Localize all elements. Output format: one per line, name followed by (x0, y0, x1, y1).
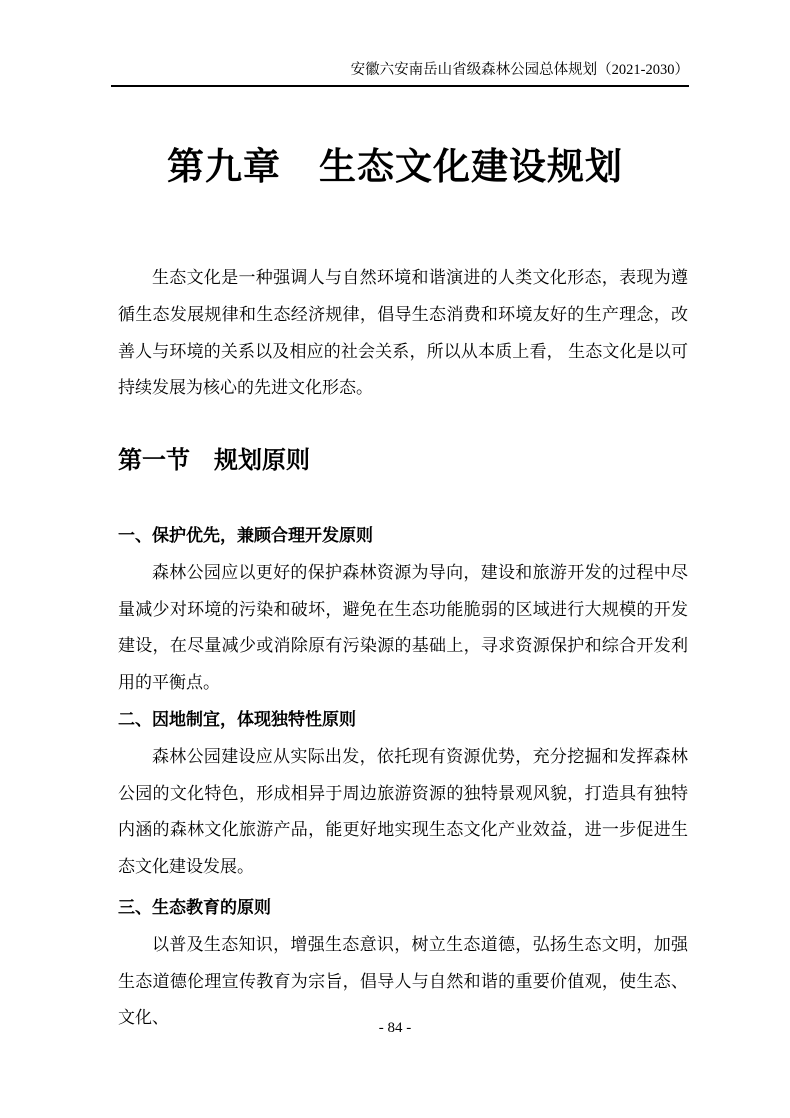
page-footer: - 84 - (0, 1018, 790, 1038)
section-content: 一、保护优先，兼顾合理开发原则 森林公园应以更好的保护森林资源为导向，建设和旅游… (118, 518, 688, 1037)
subsection-body-1: 森林公园应以更好的保护森林资源为导向，建设和旅游开发的过程中尽量减少对环境的污染… (118, 555, 688, 702)
subsection-heading-1: 一、保护优先，兼顾合理开发原则 (118, 518, 688, 555)
subsection-heading-3: 三、生态教育的原则 (118, 890, 688, 927)
chapter-intro-paragraph: 生态文化是一种强调人与自然环境和谐演进的人类文化形态，表现为遵循生态发展规律和生… (118, 260, 688, 407)
subsection-body-2: 森林公园建设应从实际出发，依托现有资源优势，充分挖掘和发挥森林公园的文化特色，形… (118, 739, 688, 886)
page-header: 安徽六安南岳山省级森林公园总体规划（2021-2030） (111, 60, 689, 87)
chapter-title: 第九章 生态文化建设规划 (0, 142, 790, 192)
document-page: 安徽六安南岳山省级森林公园总体规划（2021-2030） 第九章 生态文化建设规… (0, 0, 790, 1118)
subsection-heading-2: 二、因地制宜，体现独特性原则 (118, 702, 688, 739)
page-number: - 84 - (379, 1020, 412, 1036)
header-title: 安徽六安南岳山省级森林公园总体规划（2021-2030） (351, 62, 689, 78)
section-title: 第一节 规划原则 (118, 444, 310, 477)
